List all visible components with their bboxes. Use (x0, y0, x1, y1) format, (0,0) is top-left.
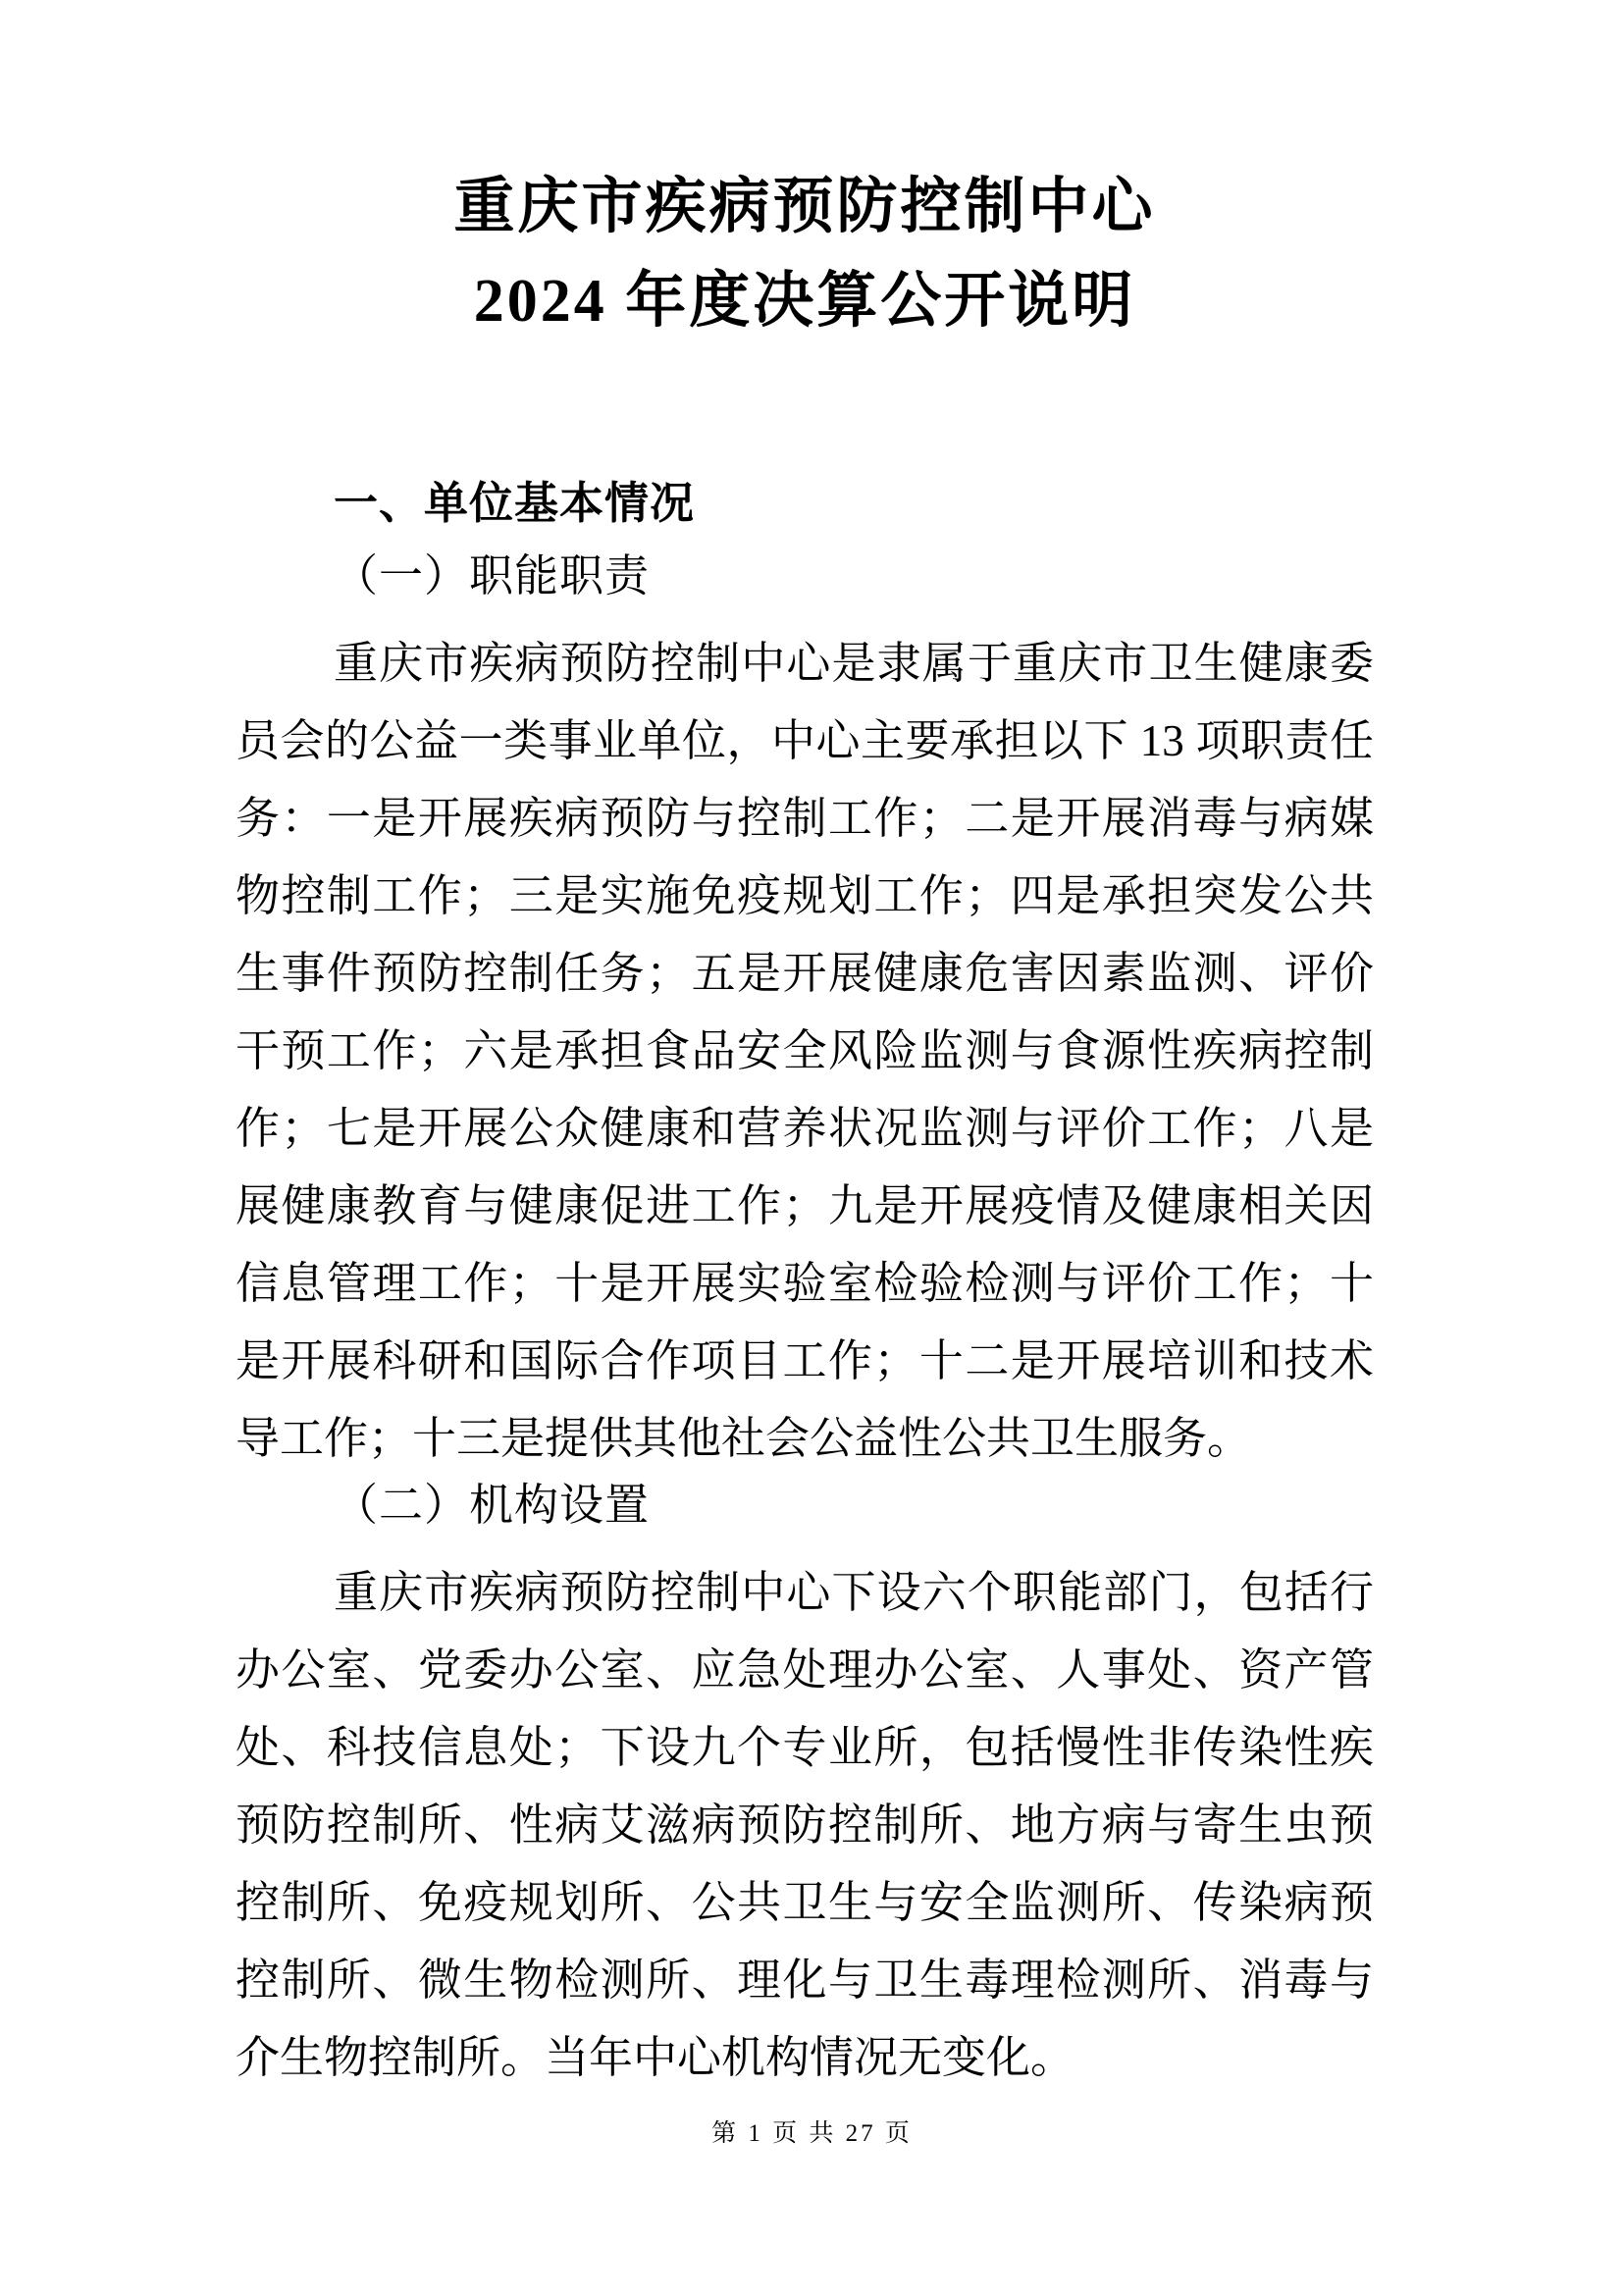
body-line: 生事件预防控制任务；五是开展健康危害因素监测、评价和 (236, 935, 1374, 1013)
body-line: 办公室、党委办公室、应急处理办公室、人事处、资产管理 (236, 1632, 1374, 1709)
body-line: 展健康教育与健康促进工作；九是开展疫情及健康相关因素 (236, 1168, 1374, 1245)
body-line: 重庆市疾病预防控制中心下设六个职能部门，包括行政 (236, 1554, 1374, 1632)
document-page: 重庆市疾病预防控制中心 2024 年度决算公开说明 一、单位基本情况 （一）职能… (0, 0, 1624, 2295)
body-line: 控制所、微生物检测所、理化与卫生毒理检测所、消毒与媒 (236, 1942, 1374, 2019)
page-footer: 第 1 页 共 27 页 (0, 2118, 1624, 2150)
subsection-heading-duties: （一）职能职责 (236, 548, 1374, 603)
subsection-heading-organization: （二）机构设置 (236, 1478, 1374, 1533)
body-line: 是开展科研和国际合作项目工作；十二是开展培训和技术指 (236, 1323, 1374, 1400)
body-line: 员会的公益一类事业单位，中心主要承担以下 13 项职责任 (236, 703, 1374, 780)
body-line: 控制所、免疫规划所、公共卫生与安全监测所、传染病预防 (236, 1864, 1374, 1942)
body-line: 物控制工作；三是实施免疫规划工作；四是承担突发公共卫 (236, 858, 1374, 935)
body-line: 信息管理工作；十是开展实验室检验检测与评价工作；十一 (236, 1245, 1374, 1323)
document-title-line2: 2024 年度决算公开说明 (236, 254, 1374, 348)
body-line: 预防控制所、性病艾滋病预防控制所、地方病与寄生虫预防 (236, 1787, 1374, 1864)
paragraph-duties: 重庆市疾病预防控制中心是隶属于重庆市卫生健康委员会的公益一类事业单位，中心主要承… (236, 625, 1374, 1478)
body-line: 处、科技信息处；下设九个专业所，包括慢性非传染性疾病 (236, 1709, 1374, 1787)
document-title: 重庆市疾病预防控制中心 2024 年度决算公开说明 (236, 0, 1374, 348)
document-title-line1: 重庆市疾病预防控制中心 (236, 160, 1374, 254)
page-number: 第 1 页 共 27 页 (711, 2120, 913, 2147)
section-heading-basic-info: 一、单位基本情况 (236, 476, 1374, 531)
body-line: 导工作；十三是提供其他社会公益性公共卫生服务。 (236, 1400, 1374, 1478)
body-line: 干预工作；六是承担食品安全风险监测与食源性疾病控制工 (236, 1013, 1374, 1090)
paragraph-organization: 重庆市疾病预防控制中心下设六个职能部门，包括行政办公室、党委办公室、应急处理办公… (236, 1554, 1374, 2097)
document-content: 重庆市疾病预防控制中心 2024 年度决算公开说明 一、单位基本情况 （一）职能… (236, 0, 1374, 2097)
body-line: 介生物控制所。当年中心机构情况无变化。 (236, 2019, 1374, 2097)
body-line: 重庆市疾病预防控制中心是隶属于重庆市卫生健康委 (236, 625, 1374, 703)
body-line: 务：一是开展疾病预防与控制工作；二是开展消毒与病媒生 (236, 780, 1374, 858)
body-line: 作；七是开展公众健康和营养状况监测与评价工作；八是开 (236, 1090, 1374, 1168)
